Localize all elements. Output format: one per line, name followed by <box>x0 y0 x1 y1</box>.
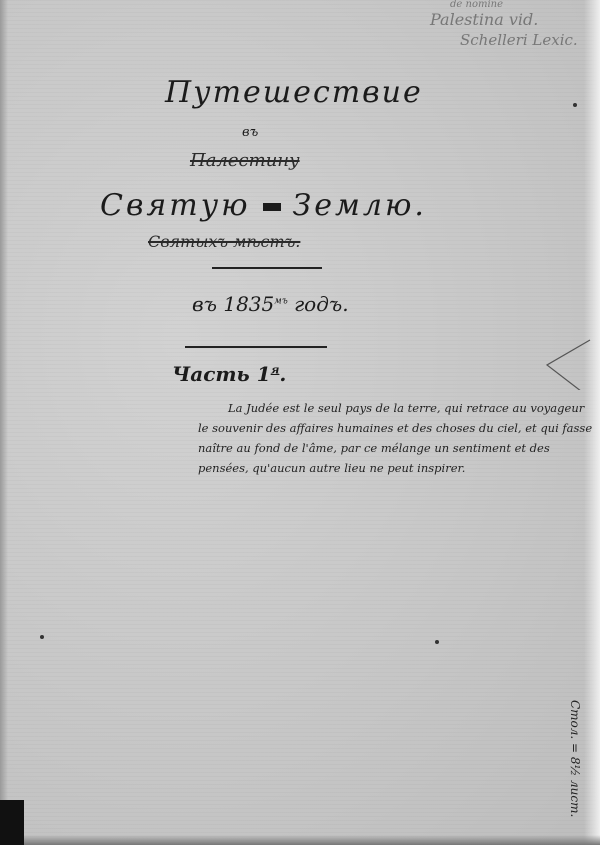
ink-speck <box>40 635 44 639</box>
ink-blot <box>263 203 281 211</box>
year-prefix: въ <box>192 292 217 316</box>
epigraph: La Judée est le seul pays de la terre, q… <box>198 398 598 478</box>
struck-line: Святыхъ мѣстъ. <box>148 232 300 251</box>
struck-word: Палестину <box>190 150 300 171</box>
bottom-shadow <box>0 835 600 845</box>
preposition: въ <box>242 125 258 140</box>
margin-note-line: de nomine <box>450 0 578 10</box>
part-end: . <box>279 362 286 386</box>
manuscript-page: de nomine Palestina vid. Schelleri Lexic… <box>0 0 600 845</box>
ink-speck <box>573 103 577 107</box>
margin-note-line: Schelleri Lexic. <box>460 30 578 50</box>
divider-rule <box>185 346 327 348</box>
margin-note-top: de nomine Palestina vid. Schelleri Lexic… <box>430 0 578 50</box>
divider-rule <box>212 267 322 269</box>
part-heading: Часть 1я. <box>172 362 286 386</box>
part-number: 1 <box>257 362 271 386</box>
page-edge-shadow <box>0 0 8 845</box>
part-label: Часть <box>172 362 250 386</box>
binding-corner <box>0 800 24 845</box>
pencil-chevron-mark <box>520 320 600 390</box>
year: 1835 <box>223 292 274 316</box>
year-word: годъ. <box>294 292 349 316</box>
destination-line: СвятуюЗемлю. <box>100 188 427 223</box>
destination-word: Землю. <box>293 188 427 223</box>
ink-speck <box>435 640 439 644</box>
margin-note-side: Стол. = 8½ лист. <box>568 700 582 817</box>
year-suffix: мъ <box>274 296 287 306</box>
year-line: въ 1835мъ годъ. <box>192 292 349 316</box>
title: Путешествие <box>165 75 423 110</box>
margin-note-line: Palestina vid. <box>430 10 578 30</box>
destination-word: Святую <box>100 188 251 223</box>
